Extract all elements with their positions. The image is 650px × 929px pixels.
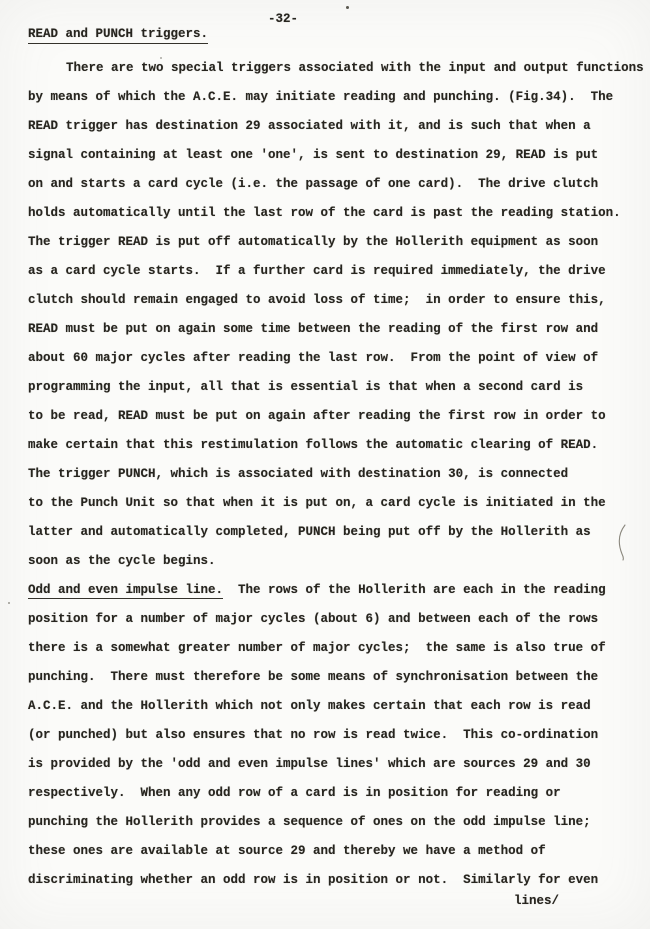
scan-speck [346, 6, 349, 9]
text-line: holds automatically until the last row o… [28, 199, 634, 228]
text-line: there is a somewhat greater number of ma… [28, 634, 634, 663]
pen-mark-artifact [615, 522, 631, 562]
text-line: to the Punch Unit so that when it is put… [28, 489, 634, 518]
text-line: is provided by the 'odd and even impulse… [28, 750, 634, 779]
text-line: position for a number of major cycles (a… [28, 605, 634, 634]
catchword-footer: lines/ [514, 894, 559, 908]
text-line: make certain that this restimulation fol… [28, 431, 634, 460]
text-line: Odd and even impulse line. The rows of t… [28, 576, 634, 605]
page-number: -32- [268, 12, 298, 26]
section2-heading-rest: The rows of the Hollerith are each in th… [223, 583, 606, 597]
text-line: punching. There must therefore be some m… [28, 663, 634, 692]
text-line: READ must be put on again some time betw… [28, 315, 634, 344]
text-line: respectively. When any odd row of a card… [28, 779, 634, 808]
text-line: to be read, READ must be put on again af… [28, 402, 634, 431]
section1-heading: READ and PUNCH triggers. [28, 27, 208, 44]
scan-speck [160, 57, 162, 59]
text-line: soon as the cycle begins. [28, 547, 634, 576]
document-page: -32- READ and PUNCH triggers. There are … [0, 0, 650, 929]
text-line: The trigger PUNCH, which is associated w… [28, 460, 634, 489]
text-line: signal containing at least one 'one', is… [28, 141, 634, 170]
text-line: A.C.E. and the Hollerith which not only … [28, 692, 634, 721]
paragraph-odd-even: Odd and even impulse line. The rows of t… [28, 576, 634, 895]
text-line: these ones are available at source 29 an… [28, 837, 634, 866]
text-line: by means of which the A.C.E. may initiat… [28, 83, 634, 112]
text-line: as a card cycle starts. If a further car… [28, 257, 634, 286]
scan-speck [8, 602, 10, 604]
text-line: discriminating whether an odd row is in … [28, 866, 634, 895]
text-line: READ trigger has destination 29 associat… [28, 112, 634, 141]
text-line: clutch should remain engaged to avoid lo… [28, 286, 634, 315]
paragraph-read-punch: There are two special triggers associate… [28, 54, 634, 576]
text-line: There are two special triggers associate… [28, 54, 634, 83]
text-line: on and starts a card cycle (i.e. the pas… [28, 170, 634, 199]
text-line: latter and automatically completed, PUNC… [28, 518, 634, 547]
text-line: (or punched) but also ensures that no ro… [28, 721, 634, 750]
text-line: punching the Hollerith provides a sequen… [28, 808, 634, 837]
section2-heading: Odd and even impulse line. [28, 583, 223, 599]
text-line: programming the input, all that is essen… [28, 373, 634, 402]
text-line: The trigger READ is put off automaticall… [28, 228, 634, 257]
text-line: about 60 major cycles after reading the … [28, 344, 634, 373]
